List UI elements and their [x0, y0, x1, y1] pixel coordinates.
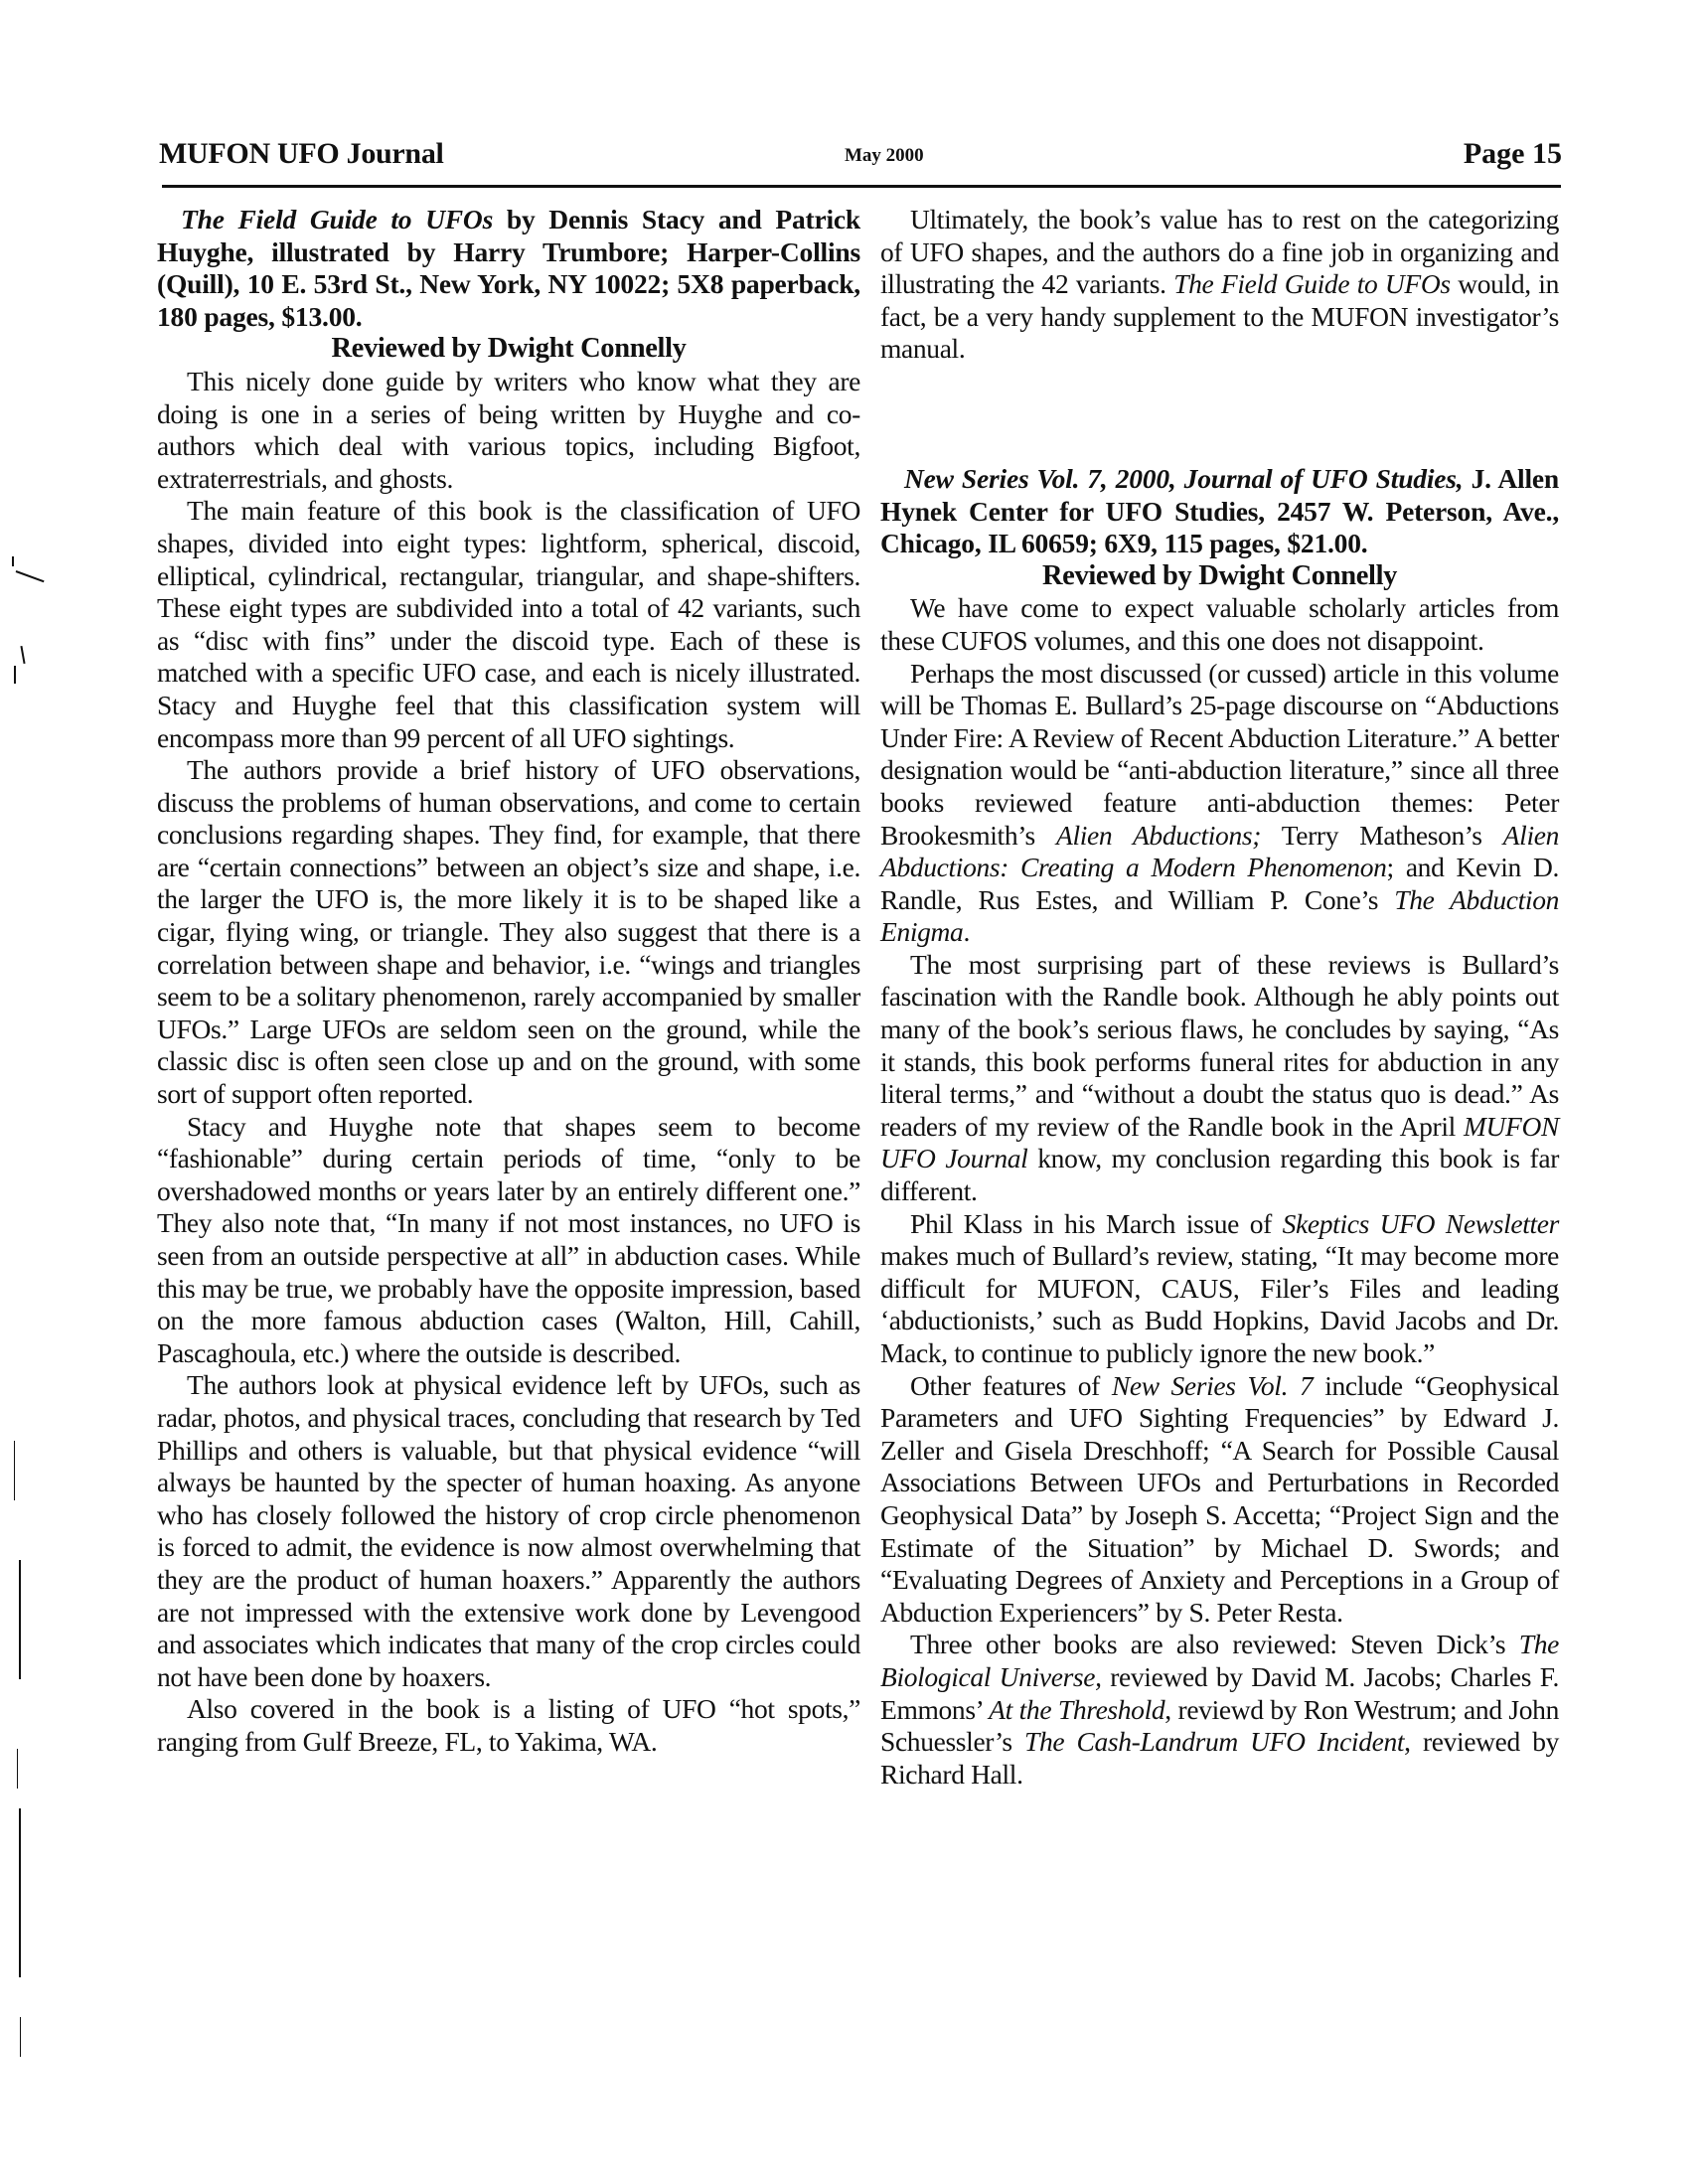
publication-title: Skeptics UFO Newsletter — [1283, 1208, 1559, 1239]
scan-artifact — [20, 2017, 21, 2057]
review1-byline: Reviewed by Dwight Connelly — [157, 333, 860, 366]
text: Three other books are also reviewed: Ste… — [910, 1629, 1519, 1659]
page-number: Page 15 — [1464, 137, 1562, 171]
review2-paragraph: The most surprising part of these review… — [880, 949, 1559, 1208]
closing-book-title: The Field Guide to UFOs — [1173, 268, 1451, 299]
review1-book-title: The Field Guide to UFOs — [181, 204, 493, 234]
scan-artifact — [14, 1441, 15, 1500]
book-title: At the Threshold — [989, 1694, 1164, 1725]
review2-paragraph: We have come to expect valuable scholarl… — [880, 592, 1559, 657]
text: Other features of — [910, 1370, 1112, 1401]
review2-paragraph: Phil Klass in his March issue of Skeptic… — [880, 1208, 1559, 1370]
text: Terry Matheson’s — [1261, 820, 1503, 851]
page-header: MUFON UFO Journal May 2000 Page 15 — [159, 137, 1562, 177]
text: makes much of Bullard’s review, stating,… — [880, 1240, 1559, 1368]
review2-citation: New Series Vol. 7, 2000, Journal of UFO … — [880, 463, 1559, 560]
scan-artifact — [20, 646, 25, 664]
scan-artifact — [14, 666, 16, 684]
text: include “Geophysical Parameters and UFO … — [880, 1370, 1559, 1628]
left-column: The Field Guide to UFOs by Dennis Stacy … — [157, 204, 860, 1759]
review1-paragraph: The authors provide a brief history of U… — [157, 754, 860, 1111]
scan-artifact — [19, 1560, 21, 1679]
review2-byline: Reviewed by Dwight Connelly — [880, 560, 1559, 593]
journal-page: MUFON UFO Journal May 2000 Page 15 The F… — [0, 0, 1706, 2184]
review2-paragraph: Three other books are also reviewed: Ste… — [880, 1629, 1559, 1791]
journal-title: MUFON UFO Journal — [159, 137, 444, 171]
review1-closing-paragraph: Ultimately, the book’s value has to rest… — [880, 204, 1559, 366]
book-title: The Cash-Landrum UFO Incident — [1024, 1726, 1404, 1757]
header-rule — [162, 185, 1561, 188]
review1-paragraph: This nicely done guide by writers who kn… — [157, 366, 860, 495]
text: . — [963, 916, 970, 947]
review2-book-title: New Series Vol. 7, 2000, Journal of UFO … — [904, 463, 1463, 494]
text: The most surprising part of these review… — [880, 949, 1559, 1142]
review1-paragraph: The authors look at physical evidence le… — [157, 1369, 860, 1693]
scan-artifact — [12, 556, 14, 566]
review1-paragraph: The main feature of this book is the cla… — [157, 495, 860, 754]
publication-title: New Series Vol. 7 — [1112, 1370, 1314, 1401]
review1-citation: The Field Guide to UFOs by Dennis Stacy … — [157, 204, 860, 333]
issue-date: May 2000 — [845, 145, 924, 167]
review2-paragraph: Perhaps the most discussed (or cussed) a… — [880, 658, 1559, 949]
book-title: Alien Abductions; — [1056, 820, 1261, 851]
review1-paragraph: Stacy and Huyghe note that shapes seem t… — [157, 1111, 860, 1370]
text: Phil Klass in his March issue of — [910, 1208, 1283, 1239]
section-gap — [880, 366, 1559, 463]
scan-artifact — [17, 1749, 18, 1789]
review1-paragraph: Also covered in the book is a listing of… — [157, 1693, 860, 1758]
review2-paragraph: Other features of New Series Vol. 7 incl… — [880, 1370, 1559, 1630]
scan-artifact — [16, 570, 45, 582]
scan-artifact — [19, 1808, 21, 1977]
right-column: Ultimately, the book’s value has to rest… — [880, 204, 1559, 1791]
